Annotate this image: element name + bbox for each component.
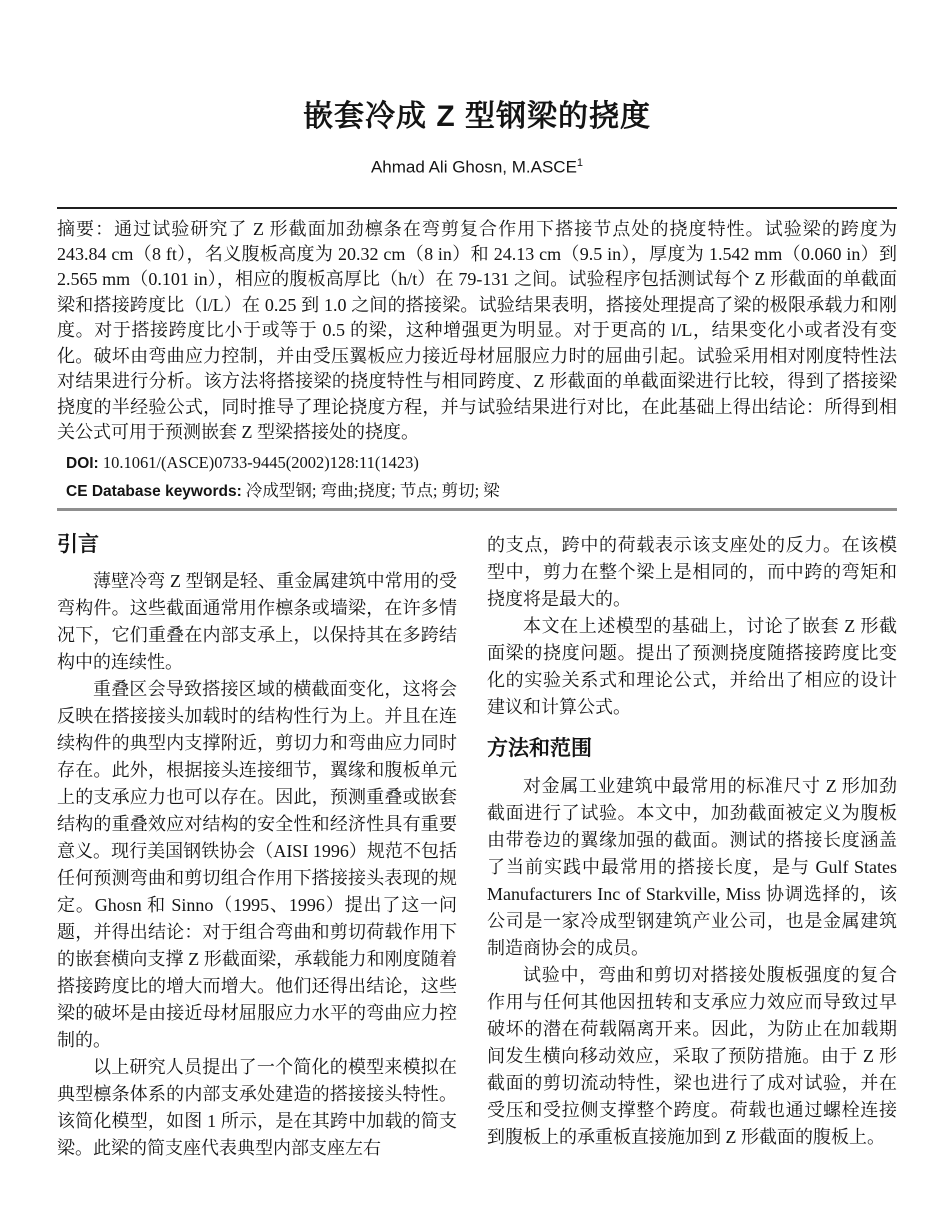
keywords-label: CE Database keywords:: [66, 483, 242, 500]
methods-paragraph-1: 对金属工业建筑中最常用的标准尺寸 Z 形加劲截面进行了试验。本文中，加劲截面被定…: [487, 773, 897, 962]
keywords-value: 冷成型钢; 弯曲;挠度; 节点; 剪切; 梁: [246, 481, 500, 500]
right-column: 的支点，跨中的荷载表示该支座处的反力。在该模型中，剪力在整个梁上是相同的，而中跨…: [487, 532, 897, 1162]
doi-line: DOI: 10.1061/(ASCE)0733-9445(2002)128:11…: [57, 453, 897, 473]
left-column: 引言 薄壁冷弯 Z 型钢是轻、重金属建筑中常用的受弯构件。这些截面通常用作檩条或…: [57, 532, 457, 1162]
author-superscript: 1: [577, 157, 583, 169]
doi-value: 10.1061/(ASCE)0733-9445(2002)128:11(1423…: [103, 453, 419, 472]
doi-label: DOI:: [66, 455, 99, 472]
author-name: Ahmad Ali Ghosn, M.ASCE: [371, 158, 577, 177]
section-heading-introduction: 引言: [57, 532, 457, 557]
two-column-body: 引言 薄壁冷弯 Z 型钢是轻、重金属建筑中常用的受弯构件。这些截面通常用作檩条或…: [57, 532, 897, 1162]
keywords-line: CE Database keywords: 冷成型钢; 弯曲;挠度; 节点; 剪…: [57, 481, 897, 501]
page-content: 嵌套冷成 Z 型钢梁的挠度 Ahmad Ali Ghosn, M.ASCE1 摘…: [0, 0, 952, 1162]
intro-paragraph-1: 薄壁冷弯 Z 型钢是轻、重金属建筑中常用的受弯构件。这些截面通常用作檩条或墙梁，…: [57, 568, 457, 676]
intro-paragraph-3-continuation: 的支点，跨中的荷载表示该支座处的反力。在该模型中，剪力在整个梁上是相同的，而中跨…: [487, 532, 897, 613]
abstract-text: 摘要：通过试验研究了 Z 形截面加劲檩条在弯剪复合作用下搭接节点处的挠度特性。试…: [57, 217, 897, 446]
methods-paragraph-2: 试验中，弯曲和剪切对搭接处腹板强度的复合作用与任何其他因扭转和支承应力效应而导致…: [487, 962, 897, 1151]
author-line: Ahmad Ali Ghosn, M.ASCE1: [57, 153, 897, 178]
intro-paragraph-3: 以上研究人员提出了一个简化的模型来模拟在典型檩条体系的内部支承处建造的搭接接头特…: [57, 1054, 457, 1162]
divider-top: [57, 207, 897, 209]
section-heading-methods: 方法和范围: [487, 736, 897, 761]
intro-paragraph-2: 重叠区会导致搭接区域的横截面变化，这将会反映在搭接接头加载时的结构性行为上。并且…: [57, 676, 457, 1054]
document-page: 嵌套冷成 Z 型钢梁的挠度 Ahmad Ali Ghosn, M.ASCE1 摘…: [0, 0, 952, 1232]
divider-bottom: [57, 508, 897, 511]
intro-paragraph-4: 本文在上述模型的基础上，讨论了嵌套 Z 形截面梁的挠度问题。提出了预测挠度随搭接…: [487, 613, 897, 721]
paper-title: 嵌套冷成 Z 型钢梁的挠度: [57, 0, 897, 136]
